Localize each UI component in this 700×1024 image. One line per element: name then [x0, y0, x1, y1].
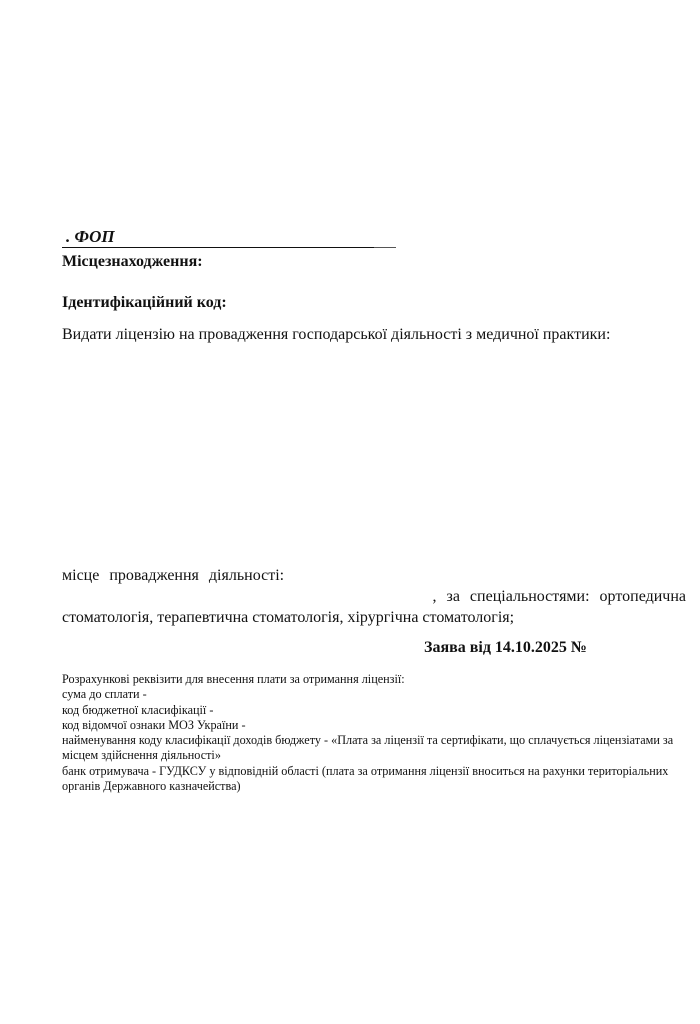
entity-type: . ФОП	[66, 227, 115, 247]
entity-name-line: . ФОП	[62, 226, 396, 248]
entity-prefix: .	[66, 227, 75, 246]
payment-line-amount: сума до сплати -	[62, 687, 692, 702]
name-underline-tail	[374, 247, 396, 248]
location-label: Місцезнаходження:	[62, 253, 203, 271]
application-title: Заява від 14.10.2025 №	[424, 639, 587, 657]
id-code-label: Ідентифікаційний код:	[62, 294, 227, 312]
entity-type-label: ФОП	[75, 227, 115, 246]
payment-line-budget-code: код бюджетної класифікації -	[62, 703, 692, 718]
name-underline	[62, 247, 374, 248]
specialties-line-2: стоматологія, терапевтична стоматологія,…	[62, 609, 514, 627]
activity-place-label: місце провадження діяльності:	[62, 567, 284, 585]
payment-line-ministry-code: код відомчої ознаки МОЗ України -	[62, 718, 692, 733]
payment-line-income-classification: найменування коду класифікації доходів б…	[62, 733, 692, 764]
payment-line-recipient-bank: банк отримувача - ГУДКСУ у відповідній о…	[62, 764, 692, 795]
specialties-line-1: , за спеціальностями: ортопедична	[433, 588, 687, 606]
license-request-text: Видати ліцензію на провадження господарс…	[62, 326, 610, 344]
payment-heading: Розрахункові реквізити для внесення плат…	[62, 672, 692, 687]
payment-details: Розрахункові реквізити для внесення плат…	[62, 672, 692, 794]
document-page: . ФОП Місцезнаходження: Ідентифікаційний…	[0, 0, 700, 1024]
